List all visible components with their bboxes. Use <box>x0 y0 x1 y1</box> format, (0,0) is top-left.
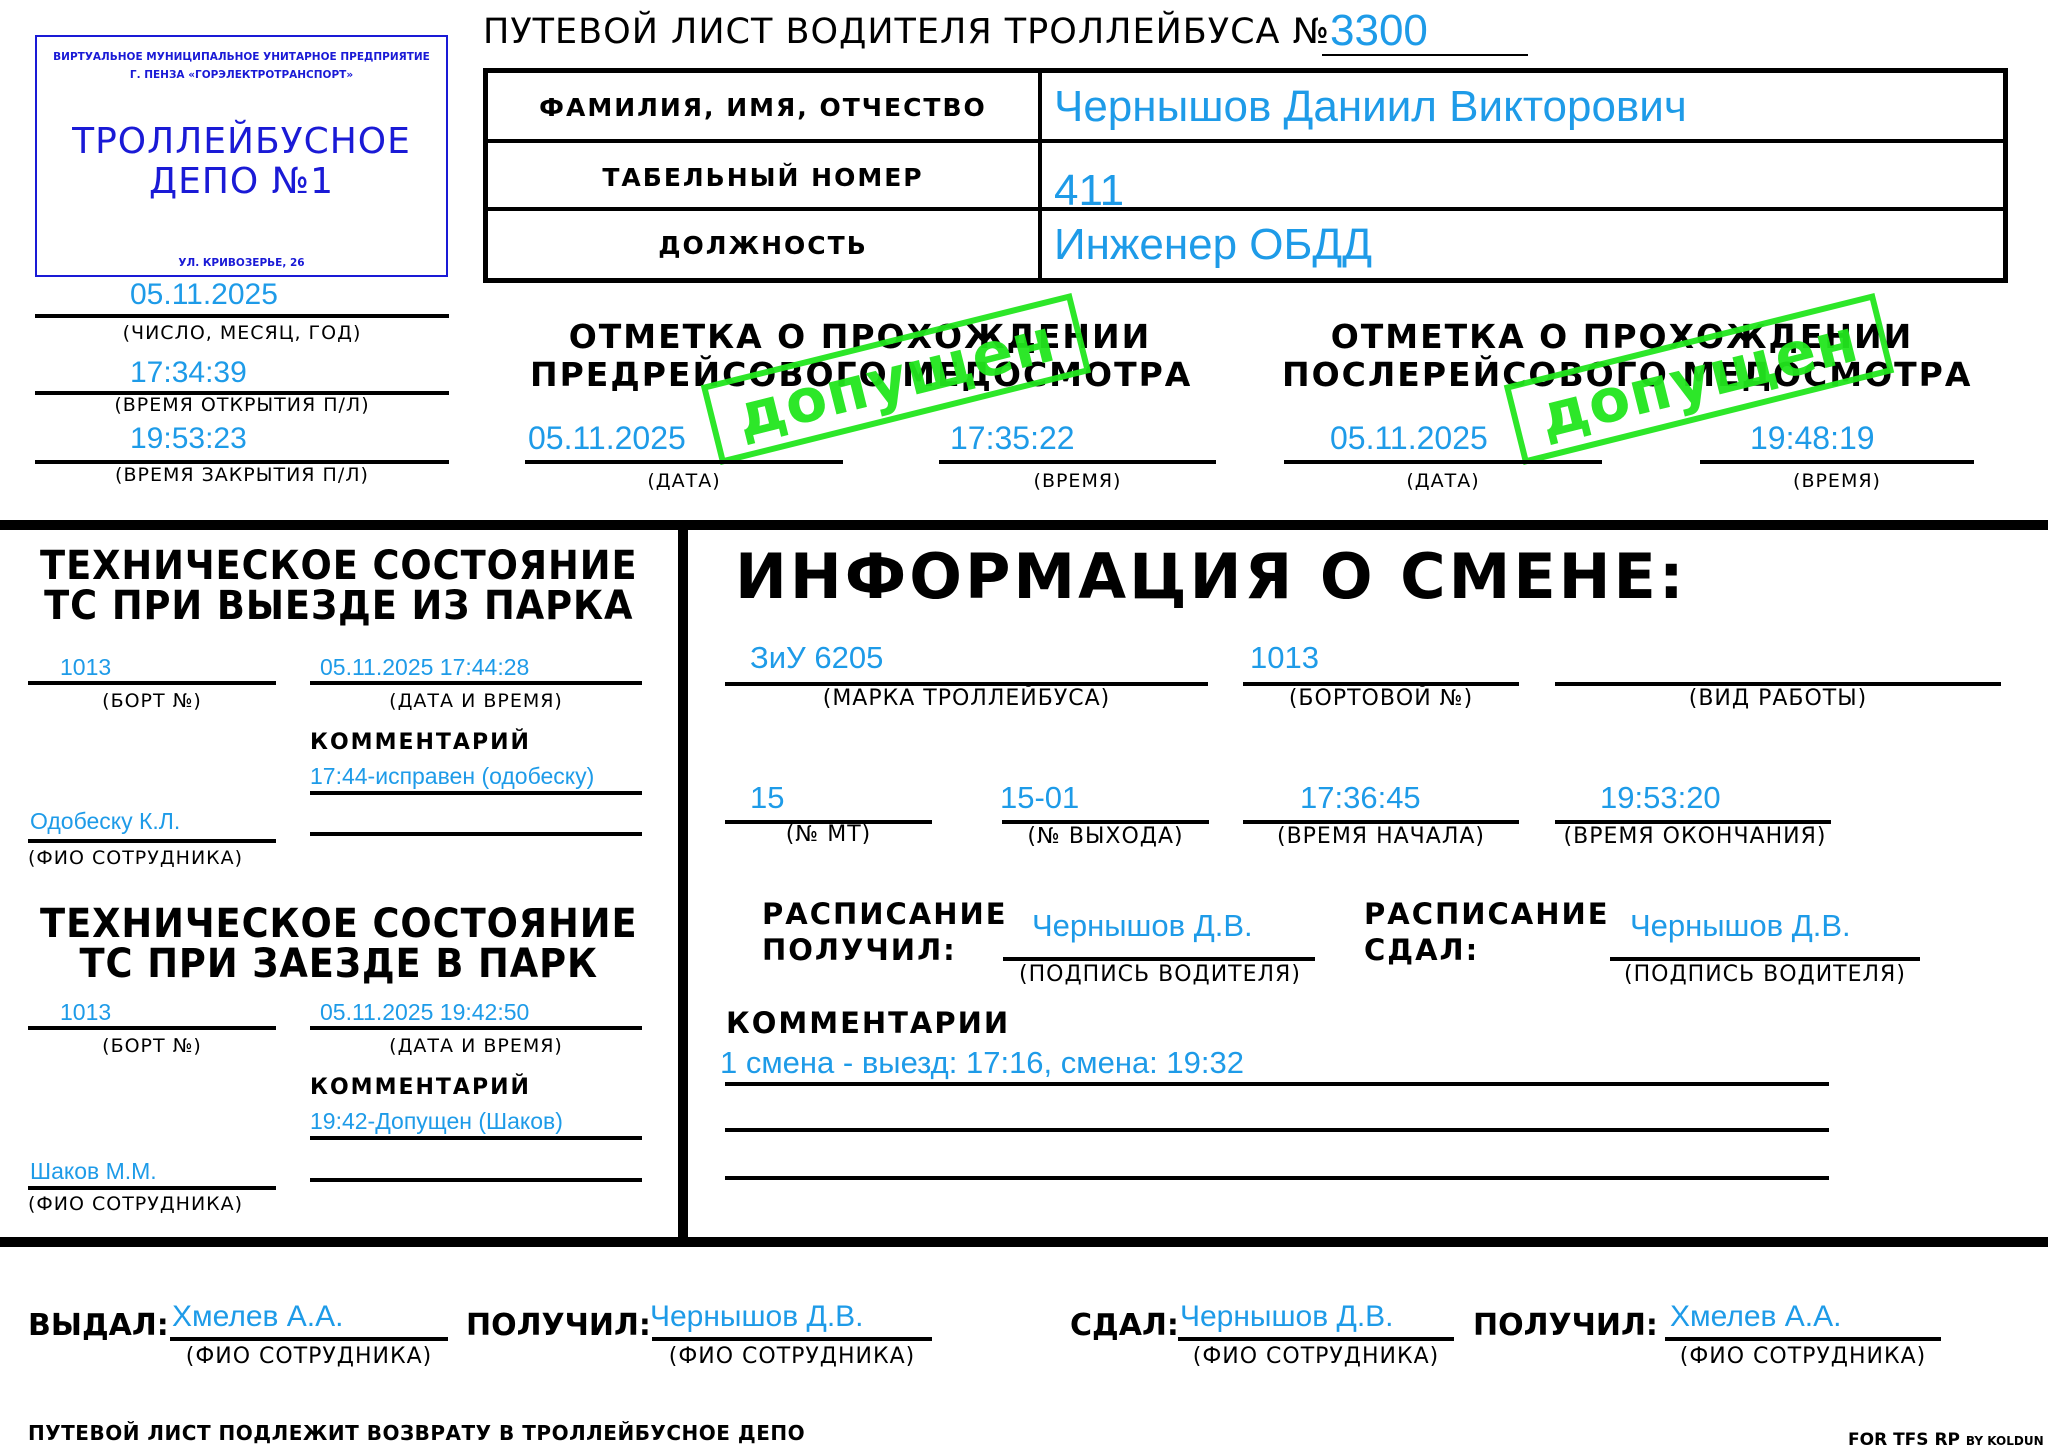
pre-exam-time[interactable]: 17:35:22 <box>950 420 1075 457</box>
tech-in-datetime-label: (ДАТА И ВРЕМЯ) <box>310 1035 642 1057</box>
trolleybus-model[interactable]: ЗиУ 6205 <box>750 640 883 676</box>
driver-full-name[interactable]: Чернышов Даниил Викторович <box>1054 73 1687 141</box>
sheet-open-time-label: (ВРЕМЯ ОТКРЫТИЯ П/Л) <box>35 394 449 416</box>
table-row: ФАМИЛИЯ, ИМЯ, ОТЧЕСТВО Чернышов Даниил В… <box>488 73 2003 141</box>
pre-exam-date-label: (ДАТА) <box>525 470 843 492</box>
board-number[interactable]: 1013 <box>1250 640 1319 676</box>
tech-in-employee[interactable]: Шаков М.М. <box>30 1158 157 1185</box>
end-time[interactable]: 19:53:20 <box>1600 780 1721 816</box>
underline <box>170 1337 448 1341</box>
schedule-received-label-line2: ПОЛУЧИЛ: <box>762 932 1008 968</box>
issued-label: ВЫДАЛ: <box>28 1308 169 1343</box>
shift-comment-line[interactable]: 1 смена - выезд: 17:16, смена: 19:32 <box>720 1045 1244 1081</box>
tech-in-employee-label: (ФИО СОТРУДНИКА) <box>28 1193 278 1215</box>
received-label: ПОЛУЧИЛ: <box>466 1308 651 1343</box>
accepted-by[interactable]: Хмелев А.А. <box>1670 1300 1841 1334</box>
return-note: ПУТЕВОЙ ЛИСТ ПОДЛЕЖИТ ВОЗВРАТУ В ТРОЛЛЕЙ… <box>28 1421 805 1445</box>
row-label: ДОЛЖНОСТЬ <box>488 211 1042 279</box>
board-number-label: (БОРТОВОЙ №) <box>1243 686 1519 711</box>
tech-out-title-line2: ТС ПРИ ВЫЕЗДЕ ИЗ ПАРКА <box>26 586 652 626</box>
returned-label: СДАЛ: <box>1070 1308 1179 1343</box>
sheet-number[interactable]: 3300 <box>1330 6 1428 56</box>
underline <box>28 1186 276 1190</box>
section-divider-top <box>0 520 2048 530</box>
trolleybus-model-label: (МАРКА ТРОЛЛЕЙБУСА) <box>725 686 1208 711</box>
schedule-received-signature[interactable]: Чернышов Д.В. <box>1032 908 1253 944</box>
underline <box>28 839 276 843</box>
tech-out-datetime-label: (ДАТА И ВРЕМЯ) <box>310 690 642 712</box>
underline <box>525 460 843 464</box>
issued-by-label: (ФИО СОТРУДНИКА) <box>170 1344 448 1369</box>
pre-exam-time-label: (ВРЕМЯ) <box>939 470 1216 492</box>
shift-comments-label: КОММЕНТАРИИ <box>726 1006 1010 1040</box>
underline <box>1003 957 1315 961</box>
post-exam-time-label: (ВРЕМЯ) <box>1700 470 1974 492</box>
sheet-date[interactable]: 05.11.2025 <box>130 278 278 312</box>
depot-address: УЛ. КРИВОЗЕРЬЕ, 26 <box>37 257 446 269</box>
exit-number[interactable]: 15-01 <box>1000 780 1079 816</box>
start-time-label: (ВРЕМЯ НАЧАЛА) <box>1243 824 1519 849</box>
tech-in-board[interactable]: 1013 <box>60 999 111 1026</box>
underline <box>1284 460 1602 464</box>
tech-out-comment[interactable]: 17:44-исправен (одобеску) <box>310 763 594 790</box>
underline <box>35 314 449 318</box>
driver-info-table: ФАМИЛИЯ, ИМЯ, ОТЧЕСТВО Чернышов Даниил В… <box>483 68 2008 283</box>
schedule-returned-signature-label: (ПОДПИСЬ ВОДИТЕЛЯ) <box>1605 962 1925 987</box>
page-title: ПУТЕВОЙ ЛИСТ ВОДИТЕЛЯ ТРОЛЛЕЙБУСА № <box>483 12 1330 52</box>
tech-in-board-label: (БОРТ №) <box>28 1035 276 1057</box>
start-time[interactable]: 17:36:45 <box>1300 780 1421 816</box>
accepted-label: ПОЛУЧИЛ: <box>1473 1308 1658 1343</box>
credit-by: BY KOLDUN <box>1966 1434 2044 1448</box>
accepted-by-label: (ФИО СОТРУДНИКА) <box>1665 1344 1941 1369</box>
underline <box>310 791 642 795</box>
schedule-received-signature-label: (ПОДПИСЬ ВОДИТЕЛЯ) <box>1000 962 1320 987</box>
received-by-label: (ФИО СОТРУДНИКА) <box>652 1344 932 1369</box>
schedule-returned-label-line1: РАСПИСАНИЕ <box>1364 896 1610 932</box>
post-exam-time[interactable]: 19:48:19 <box>1750 420 1875 457</box>
sheet-close-time[interactable]: 19:53:23 <box>130 422 247 456</box>
underline <box>310 1026 642 1030</box>
tech-out-comment-label: КОММЕНТАРИЙ <box>310 730 531 755</box>
exit-number-label: (№ ВЫХОДА) <box>1002 824 1209 849</box>
tech-out-title: ТЕХНИЧЕСКОЕ СОСТОЯНИЕ ТС ПРИ ВЫЕЗДЕ ИЗ П… <box>26 546 652 626</box>
schedule-returned-label: РАСПИСАНИЕ СДАЛ: <box>1364 896 1610 968</box>
work-type-label: (ВИД РАБОТЫ) <box>1555 686 2001 711</box>
table-row: ТАБЕЛЬНЫЙ НОМЕР 411 <box>488 139 2003 211</box>
tech-out-employee[interactable]: Одобеску К.Л. <box>30 808 180 835</box>
comment-underline <box>725 1176 1829 1180</box>
underline <box>310 832 642 836</box>
comment-underline <box>725 1128 1829 1132</box>
underline <box>652 1337 932 1341</box>
underline <box>1178 1337 1454 1341</box>
tech-in-title-line2: ТС ПРИ ЗАЕЗДЕ В ПАРК <box>26 944 652 984</box>
post-exam-date[interactable]: 05.11.2025 <box>1330 420 1488 457</box>
underline <box>939 460 1216 464</box>
underline <box>310 1136 642 1140</box>
schedule-received-label-line1: РАСПИСАНИЕ <box>762 896 1008 932</box>
underline <box>28 1026 276 1030</box>
position[interactable]: Инженер ОБДД <box>1054 211 1372 279</box>
schedule-returned-label-line2: СДАЛ: <box>1364 932 1610 968</box>
returned-by-label: (ФИО СОТРУДНИКА) <box>1178 1344 1454 1369</box>
row-label: ФАМИЛИЯ, ИМЯ, ОТЧЕСТВО <box>488 73 1042 141</box>
schedule-received-label: РАСПИСАНИЕ ПОЛУЧИЛ: <box>762 896 1008 968</box>
credit: FOR TFS RP BY KOLDUN <box>1848 1430 2044 1448</box>
schedule-returned-signature[interactable]: Чернышов Д.В. <box>1630 908 1851 944</box>
route-number-label: (№ МТ) <box>725 822 932 847</box>
tech-out-board[interactable]: 1013 <box>60 654 111 681</box>
tech-in-comment-label: КОММЕНТАРИЙ <box>310 1075 531 1100</box>
sheet-date-label: (ЧИСЛО, МЕСЯЦ, ГОД) <box>35 322 449 344</box>
tech-in-comment[interactable]: 19:42-Допущен (Шаков) <box>310 1108 563 1135</box>
tech-out-title-line1: ТЕХНИЧЕСКОЕ СОСТОЯНИЕ <box>26 546 652 586</box>
depot-name-line2: ДЕПО №1 <box>37 161 446 202</box>
table-row: ДОЛЖНОСТЬ Инженер ОБДД <box>488 207 2003 279</box>
underline <box>1665 1337 1941 1341</box>
returned-by[interactable]: Чернышов Д.В. <box>1180 1300 1394 1334</box>
section-divider-bottom <box>0 1237 2048 1247</box>
comment-underline <box>725 1082 1829 1086</box>
section-divider-vertical <box>678 520 688 1242</box>
sheet-number-underline <box>1322 54 1528 56</box>
received-by[interactable]: Чернышов Д.В. <box>650 1300 864 1334</box>
org-name-line2: Г. ПЕНЗА «ГОРЭЛЕКТРОТРАНСПОРТ» <box>37 69 446 81</box>
row-label: ТАБЕЛЬНЫЙ НОМЕР <box>488 143 1042 211</box>
credit-main: FOR TFS RP <box>1848 1430 1960 1448</box>
sheet-open-time[interactable]: 17:34:39 <box>130 356 247 390</box>
tech-in-title-line1: ТЕХНИЧЕСКОЕ СОСТОЯНИЕ <box>26 904 652 944</box>
org-name-line1: ВИРТУАЛЬНОЕ МУНИЦИПАЛЬНОЕ УНИТАРНОЕ ПРЕД… <box>37 51 446 63</box>
depot-name-line1: ТРОЛЛЕЙБУСНОЕ <box>37 121 446 162</box>
depot-stamp: ВИРТУАЛЬНОЕ МУНИЦИПАЛЬНОЕ УНИТАРНОЕ ПРЕД… <box>35 35 448 277</box>
sheet-close-time-label: (ВРЕМЯ ЗАКРЫТИЯ П/Л) <box>35 464 449 486</box>
tech-in-title: ТЕХНИЧЕСКОЕ СОСТОЯНИЕ ТС ПРИ ЗАЕЗДЕ В ПА… <box>26 904 652 984</box>
route-number[interactable]: 15 <box>750 780 784 816</box>
underline <box>1610 957 1920 961</box>
tech-in-datetime[interactable]: 05.11.2025 19:42:50 <box>320 999 529 1026</box>
pre-exam-date[interactable]: 05.11.2025 <box>528 420 686 457</box>
underline <box>310 681 642 685</box>
end-time-label: (ВРЕМЯ ОКОНЧАНИЯ) <box>1540 824 1850 849</box>
underline <box>310 1178 642 1182</box>
issued-by[interactable]: Хмелев А.А. <box>172 1300 343 1334</box>
tech-out-board-label: (БОРТ №) <box>28 690 276 712</box>
post-exam-date-label: (ДАТА) <box>1284 470 1602 492</box>
shift-info-title: ИНФОРМАЦИЯ О СМЕНЕ: <box>735 540 1687 613</box>
underline <box>28 681 276 685</box>
underline <box>1700 460 1974 464</box>
tech-out-datetime[interactable]: 05.11.2025 17:44:28 <box>320 654 529 681</box>
tech-out-employee-label: (ФИО СОТРУДНИКА) <box>28 847 278 869</box>
